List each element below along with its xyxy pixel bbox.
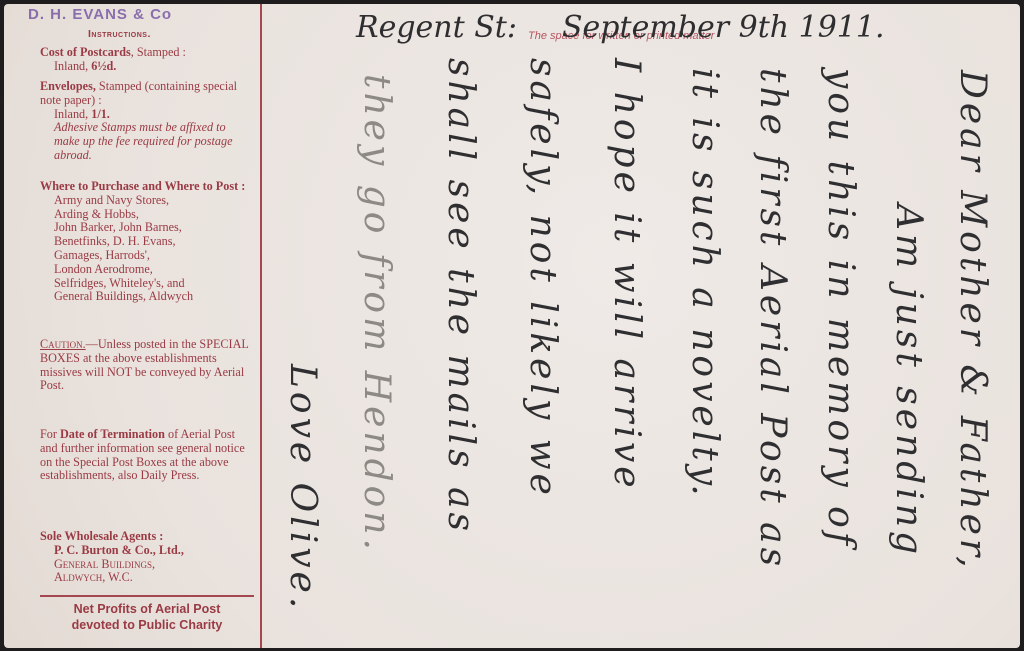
charity-notice: Net Profits of Aerial Post devoted to Pu… [36, 601, 258, 633]
message-line: I hope it will arrive [606, 58, 647, 492]
envelopes-inland: Inland, [54, 107, 91, 121]
message-line: Am just sending [888, 204, 929, 558]
charity-line-1: Net Profits of Aerial Post [36, 601, 258, 617]
address-line: Regent St: [356, 10, 517, 45]
store-item: London Aerodrome, [54, 263, 254, 277]
store-item: John Barker, John Barnes, [54, 221, 254, 235]
cost-label: Cost of Postcards [40, 45, 131, 59]
instructions-heading: Instructions. [88, 28, 151, 40]
divider-rule [40, 595, 254, 597]
store-item: Benetfinks, D. H. Evans, [54, 235, 254, 249]
store-item: Arding & Hobbs, [54, 208, 254, 222]
message-line: they go from Hendon. [356, 74, 397, 554]
termination-prefix: For [40, 427, 60, 441]
adhesive-note: Adhesive Stamps must be affixed to make … [40, 121, 254, 162]
where-heading: Where to Purchase and Where to Post : [40, 179, 245, 193]
store-item: Selfridges, Whiteley's, and [54, 277, 254, 291]
message-line: you this in memory of [820, 68, 861, 549]
cost-text: , Stamped : [131, 45, 186, 59]
postcard: D. H. EVANS & Co Instructions. Cost of P… [4, 4, 1020, 648]
caution-block: Caution.—Unless posted in the SPECIAL BO… [40, 338, 254, 393]
agent-address-1: General Buildings, [40, 558, 254, 572]
store-item: General Buildings, Aldwych [54, 290, 254, 304]
agents-block: Sole Wholesale Agents : P. C. Burton & C… [40, 530, 254, 585]
agent-address-2: Aldwych, W.C. [40, 571, 254, 585]
envelopes-label: Envelopes, [40, 79, 96, 93]
store-item: Army and Navy Stores, [54, 194, 254, 208]
message-panel: The space for written or printed matter … [262, 4, 1020, 648]
message-line: Dear Mother & Father, [952, 70, 993, 572]
message-line: safely, not likely we [522, 58, 563, 499]
agents-heading: Sole Wholesale Agents : [40, 529, 163, 543]
charity-line-2: devoted to Public Charity [36, 617, 258, 633]
where-block: Where to Purchase and Where to Post : Ar… [40, 180, 254, 304]
termination-label: Date of Termination [60, 427, 165, 441]
message-line: it is such a novelty. [684, 68, 725, 500]
envelopes-price: 1/1. [91, 107, 110, 121]
message-line: the first Aerial Post as [752, 68, 793, 570]
store-list: Army and Navy Stores, Arding & Hobbs, Jo… [40, 194, 254, 304]
caution-label: Caution. [40, 337, 86, 351]
cost-inland: Inland, [54, 59, 91, 73]
signature: Love Olive. [282, 364, 323, 612]
dh-evans-stamp: D. H. EVANS & Co [28, 6, 172, 23]
cost-block: Cost of Postcards, Stamped : Inland, 6½d… [40, 46, 254, 74]
date-line: September 9th 1911. [562, 10, 885, 45]
cost-price: 6½d. [91, 59, 116, 73]
termination-block: For Date of Termination of Aerial Post a… [40, 428, 254, 483]
instructions-panel: D. H. EVANS & Co Instructions. Cost of P… [4, 4, 258, 648]
message-line: shall see the mails as [440, 58, 481, 535]
envelopes-block: Envelopes, Stamped (containing special n… [40, 80, 254, 163]
agent-name: P. C. Burton & Co., Ltd., [54, 543, 184, 557]
store-item: Gamages, Harrods', [54, 249, 254, 263]
